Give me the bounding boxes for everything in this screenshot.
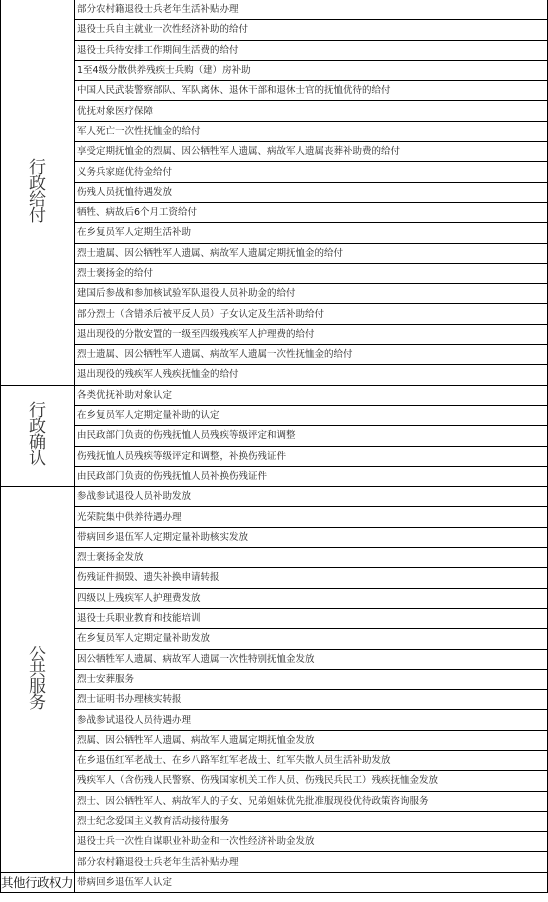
item-cell: 中国人民武装警察部队、军队离休、退休干部和退休士官的抚恤优待的给付 [75, 81, 548, 101]
item-cell: 退役士兵待安排工作期间生活费的给付 [75, 40, 548, 60]
table-row: 其他行政权力带病回乡退伍军人认定 [1, 872, 548, 892]
table-row: 享受定期抚恤金的烈属、因公牺牲军人遗属、病故军人遗属丧葬补助费的给付 [1, 142, 548, 162]
table-row: 优抚对象医疗保障 [1, 101, 548, 121]
table-row: 由民政部门负责的伤残抚恤人员残疾等级评定和调整 [1, 426, 548, 446]
item-cell: 由民政部门负责的伤残抚恤人员残疾等级评定和调整 [75, 426, 548, 446]
item-cell: 烈士遗属、因公牺牲军人遗属、病故军人遗属一次性抚恤金的给付 [75, 345, 548, 365]
table-row: 在乡复员军人定期定量补助的认定 [1, 405, 548, 425]
item-cell: 烈士、因公牺牲军人、病故军人的子女、兄弟姐妹优先批准服现役优待政策咨询服务 [75, 791, 548, 811]
table-row: 退出现役的分散安置的一级至四级残疾军人护理费的给付 [1, 324, 548, 344]
table-row: 军人死亡一次性抚恤金的给付 [1, 121, 548, 141]
table-row: 退役士兵待安排工作期间生活费的给付 [1, 40, 548, 60]
item-cell: 退役士兵自主就业一次性经济补助的给付 [75, 20, 548, 40]
table-row: 部分农村籍退役士兵老年生活补贴办理 [1, 852, 548, 872]
category-cell: 其他行政权力 [1, 872, 75, 892]
item-cell: 残疾军人（含伤残人民警察、伤残国家机关工作人员、伤残民兵民工）残疾抚恤金发放 [75, 771, 548, 791]
item-cell: 伤残抚恤人员残疾等级评定和调整，补换伤残证件 [75, 446, 548, 466]
table-row: 残疾军人（含伤残人民警察、伤残国家机关工作人员、伤残民兵民工）残疾抚恤金发放 [1, 771, 548, 791]
table-row: 退役士兵一次性自谋职业补助金和一次性经济补助金发放 [1, 832, 548, 852]
table-row: 烈士安葬服务 [1, 669, 548, 689]
table-row: 义务兵家庭优待金给付 [1, 162, 548, 182]
item-cell: 在乡复员军人定期生活补助 [75, 223, 548, 243]
table-row: 烈士、因公牺牲军人、病故军人的子女、兄弟姐妹优先批准服现役优待政策咨询服务 [1, 791, 548, 811]
item-cell: 带病回乡退伍军人认定 [75, 872, 548, 892]
item-cell: 烈士遗属、因公牺牲军人遗属、病故军人遗属定期抚恤金的给付 [75, 243, 548, 263]
table-row: 烈士褒扬金发放 [1, 548, 548, 568]
table-row: 建国后参战和参加核试验军队退役人员补助金的给付 [1, 284, 548, 304]
category-label: 其他行政权力 [1, 875, 73, 890]
table-row: 由民政部门负责的伤残抚恤人员补换伤残证件 [1, 466, 548, 486]
item-cell: 烈士证明书办理核实转报 [75, 690, 548, 710]
table-row: 烈士证明书办理核实转报 [1, 690, 548, 710]
item-cell: 享受定期抚恤金的烈属、因公牺牲军人遗属、病故军人遗属丧葬补助费的给付 [75, 142, 548, 162]
item-cell: 烈属、因公牺牲军人遗属、病故军人遗属定期抚恤金发放 [75, 730, 548, 750]
item-cell: 伤残人员抚恤待遇发放 [75, 182, 548, 202]
item-cell: 伤残证件损毁、遗失补换申请转报 [75, 568, 548, 588]
category-label: 行政给付 [29, 160, 47, 224]
item-cell: 参战参试退役人员待遇办理 [75, 710, 548, 730]
item-cell: 因公牺牲军人遗属、病故军人遗属一次性特别抚恤金发放 [75, 649, 548, 669]
table-row: 退役士兵职业教育和技能培训 [1, 608, 548, 628]
table-row: 在乡复员军人定期生活补助 [1, 223, 548, 243]
item-cell: 部分农村籍退役士兵老年生活补贴办理 [75, 852, 548, 872]
item-cell: 退出现役的残疾军人残疾抚恤金的给付 [75, 365, 548, 385]
table-row: 因公牺牲军人遗属、病故军人遗属一次性特别抚恤金发放 [1, 649, 548, 669]
table-row: 伤残证件损毁、遗失补换申请转报 [1, 568, 548, 588]
item-cell: 建国后参战和参加核试验军队退役人员补助金的给付 [75, 284, 548, 304]
item-cell: 1至4级分散供养残疾士兵购（建）房补助 [75, 60, 548, 80]
table-row: 带病回乡退伍军人定期定量补助核实发放 [1, 527, 548, 547]
item-cell: 在乡复员军人定期定量补助的认定 [75, 405, 548, 425]
table-row: 公共服务参战参试退役人员补助发放 [1, 487, 548, 507]
table-row: 光荣院集中供养待遇办理 [1, 507, 548, 527]
item-cell: 带病回乡退伍军人定期定量补助核实发放 [75, 527, 548, 547]
table-row: 在乡退伍红军老战士、在乡八路军红军老战士、红军失散人员生活补助发放 [1, 750, 548, 770]
item-cell: 四级以上残疾军人护理费发放 [75, 588, 548, 608]
table-row: 参战参试退役人员待遇办理 [1, 710, 548, 730]
table-row: 1至4级分散供养残疾士兵购（建）房补助 [1, 60, 548, 80]
table-row: 伤残抚恤人员残疾等级评定和调整，补换伤残证件 [1, 446, 548, 466]
item-cell: 退役士兵职业教育和技能培训 [75, 608, 548, 628]
category-label: 行政确认 [29, 403, 47, 467]
item-cell: 由民政部门负责的伤残抚恤人员补换伤残证件 [75, 466, 548, 486]
item-cell: 在乡复员军人定期定量补助发放 [75, 629, 548, 649]
item-cell: 光荣院集中供养待遇办理 [75, 507, 548, 527]
power-list-table: 行政给付部分农村籍退役士兵老年生活补贴办理退役士兵自主就业一次性经济补助的给付退… [0, 0, 548, 893]
item-cell: 参战参试退役人员补助发放 [75, 487, 548, 507]
category-cell: 行政确认 [1, 385, 75, 486]
item-cell: 部分农村籍退役士兵老年生活补贴办理 [75, 0, 548, 20]
table-row: 退役士兵自主就业一次性经济补助的给付 [1, 20, 548, 40]
item-cell: 义务兵家庭优待金给付 [75, 162, 548, 182]
item-cell: 部分烈士（含错杀后被平反人员）子女认定及生活补助给付 [75, 304, 548, 324]
item-cell: 各类优抚补助对象认定 [75, 385, 548, 405]
category-cell: 行政给付 [1, 0, 75, 385]
item-cell: 退出现役的分散安置的一级至四级残疾军人护理费的给付 [75, 324, 548, 344]
table-row: 烈属、因公牺牲军人遗属、病故军人遗属定期抚恤金发放 [1, 730, 548, 750]
item-cell: 牺牲、病故后6个月工资给付 [75, 202, 548, 222]
item-cell: 优抚对象医疗保障 [75, 101, 548, 121]
item-cell: 退役士兵一次性自谋职业补助金和一次性经济补助金发放 [75, 832, 548, 852]
table-row: 烈士遗属、因公牺牲军人遗属、病故军人遗属一次性抚恤金的给付 [1, 345, 548, 365]
table-row: 伤残人员抚恤待遇发放 [1, 182, 548, 202]
table-row: 烈士遗属、因公牺牲军人遗属、病故军人遗属定期抚恤金的给付 [1, 243, 548, 263]
item-cell: 烈士褒扬金的给付 [75, 263, 548, 283]
table-row: 中国人民武装警察部队、军队离休、退休干部和退休士官的抚恤优待的给付 [1, 81, 548, 101]
item-cell: 烈士纪念爱国主义教育活动接待服务 [75, 811, 548, 831]
category-cell: 公共服务 [1, 487, 75, 873]
table-row: 牺牲、病故后6个月工资给付 [1, 202, 548, 222]
table-row: 烈士纪念爱国主义教育活动接待服务 [1, 811, 548, 831]
table-row: 烈士褒扬金的给付 [1, 263, 548, 283]
table-row: 四级以上残疾军人护理费发放 [1, 588, 548, 608]
table-row: 在乡复员军人定期定量补助发放 [1, 629, 548, 649]
table-row: 部分烈士（含错杀后被平反人员）子女认定及生活补助给付 [1, 304, 548, 324]
item-cell: 烈士安葬服务 [75, 669, 548, 689]
item-cell: 在乡退伍红军老战士、在乡八路军红军老战士、红军失散人员生活补助发放 [75, 750, 548, 770]
category-label: 公共服务 [29, 647, 47, 711]
item-cell: 烈士褒扬金发放 [75, 548, 548, 568]
table-row: 行政给付部分农村籍退役士兵老年生活补贴办理 [1, 0, 548, 20]
table-row: 退出现役的残疾军人残疾抚恤金的给付 [1, 365, 548, 385]
item-cell: 军人死亡一次性抚恤金的给付 [75, 121, 548, 141]
table-row: 行政确认各类优抚补助对象认定 [1, 385, 548, 405]
